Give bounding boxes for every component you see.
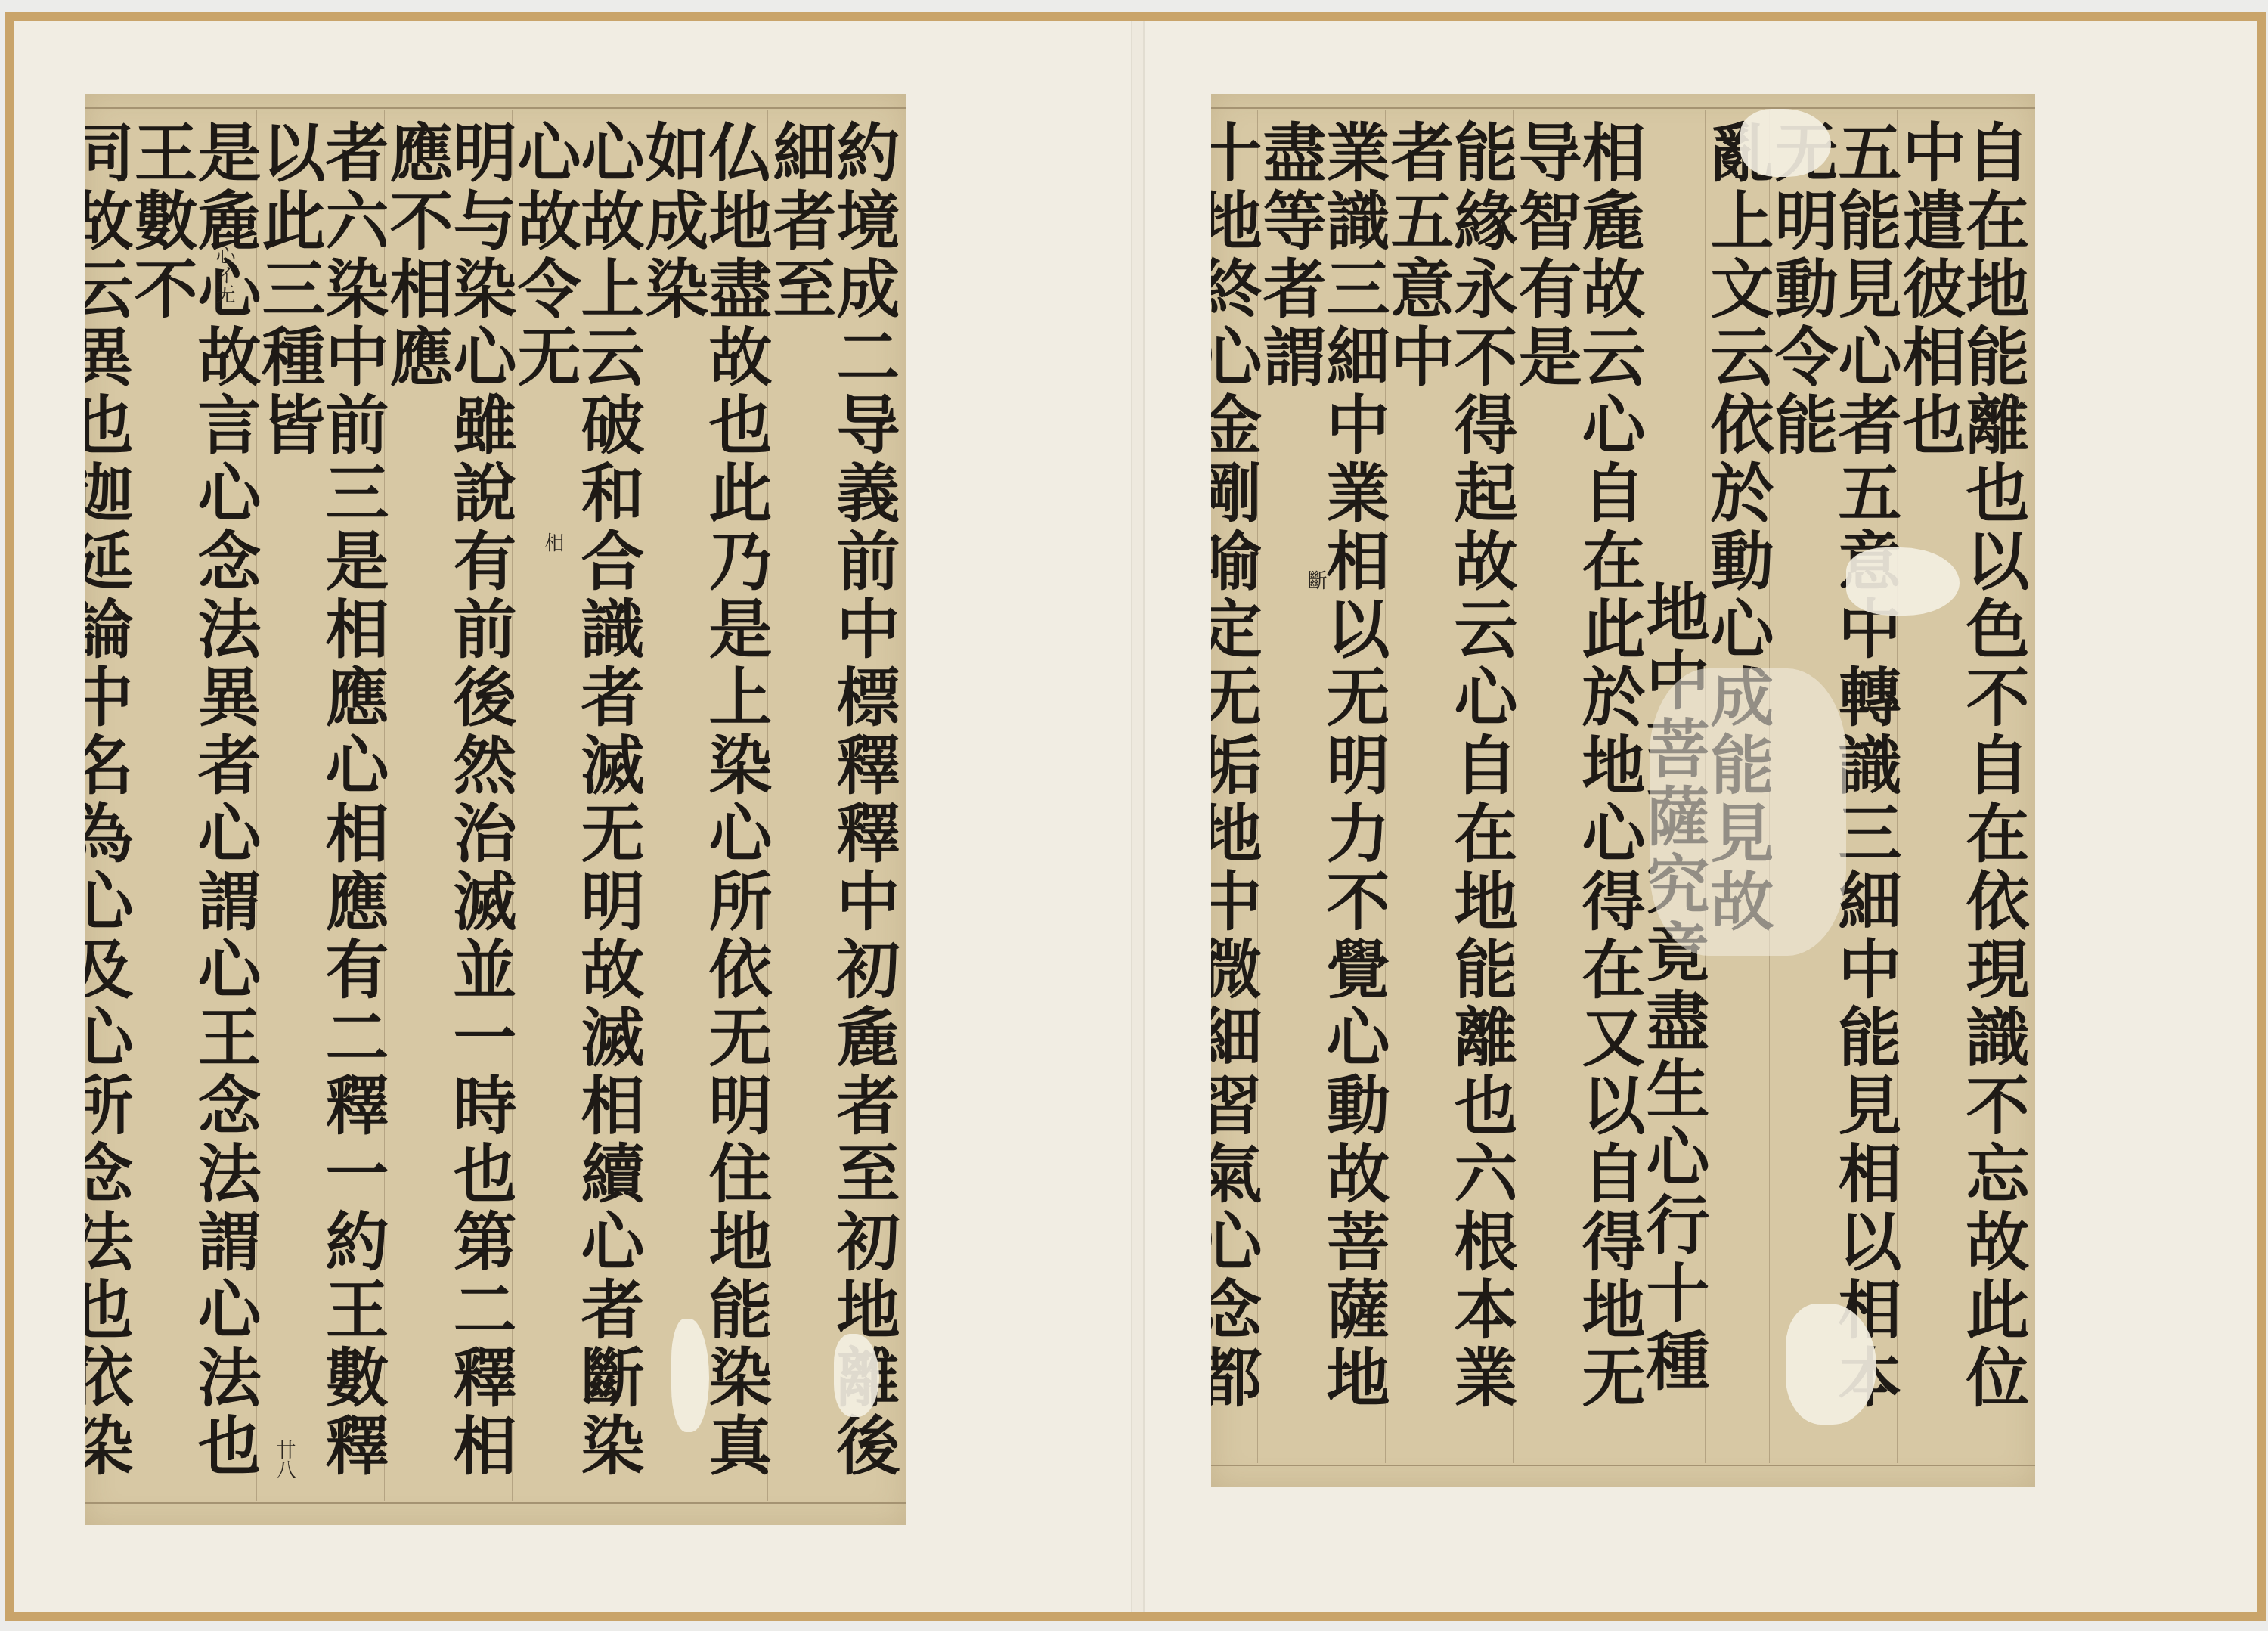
left-manuscript-page: 約境成二导義前中標釋釋中初麁者至初地離後細者至 仏地盡故也此乃是上染心所依无明住… <box>85 94 906 1525</box>
column-text: 仏地盡故也此乃是上染心所依无明住地能染真如成染 <box>640 119 767 1501</box>
column-text: 明与染心雖說有前後然治滅並一時也第二釋相應不相應 <box>385 119 512 1501</box>
text-column: 仏地盡故也此乃是上染心所依无明住地能染真如成染 <box>640 110 767 1501</box>
text-column: 相麁故云心自在此於地心得在又以自得地无导智有是 <box>1513 110 1641 1463</box>
column-text: 約境成二导義前中標釋釋中初麁者至初地離後細者至 <box>768 119 895 1501</box>
bottom-ruling <box>1211 1465 2035 1466</box>
text-column: 業識三細中業相以无明力不覺心動故菩薩地盡等者謂 <box>1257 110 1385 1463</box>
column-text: 十地終心金剛喻定无垢地中微細習氣心念都盡故上文云 <box>1211 119 1257 1463</box>
paper-damage <box>834 1334 879 1417</box>
bottom-ruling <box>85 1502 906 1504</box>
text-column: 心故上云破和合識者滅无明故滅相續心者斷染心故令无 <box>512 110 640 1501</box>
text-column: 明与染心雖說有前後然治滅並一時也第二釋相應不相應 <box>384 110 512 1501</box>
paper-damage <box>1650 668 1846 956</box>
right-manuscript-page: 自在地能離也以色不自在依現識不忘故此位中遣彼相也 五能見心者五意中轉識三細中能見… <box>1211 94 2035 1487</box>
center-fold <box>1131 21 1145 1612</box>
column-text: 相麁故云心自在此於地心得在又以自得地无导智有是 <box>1514 119 1641 1463</box>
column-text: 心故上云破和合識者滅无明故滅相續心者斷染心故令无 <box>513 119 640 1501</box>
paper-damage <box>1786 1304 1876 1425</box>
top-ruling <box>85 107 906 109</box>
text-column: 十地終心金剛喻定无垢地中微細習氣心念都盡故上文云 <box>1211 110 1257 1463</box>
column-text: 同故云異也迦延論中名為心及心所念法也依染淨差別者 <box>85 119 129 1501</box>
text-column: 自在地能離也以色不自在依現識不忘故此位中遣彼相也 <box>1897 110 2025 1463</box>
paper-damage <box>1846 547 1960 616</box>
paper-damage <box>671 1319 709 1432</box>
left-page-columns: 約境成二导義前中標釋釋中初麁者至初地離後細者至 仏地盡故也此乃是上染心所依无明住… <box>96 110 895 1501</box>
text-column: 同故云異也迦延論中名為心及心所念法也依染淨差別者 <box>85 110 129 1501</box>
column-text: 業識三細中業相以无明力不覺心動故菩薩地盡等者謂 <box>1258 119 1385 1463</box>
text-column: 約境成二导義前中標釋釋中初麁者至初地離後細者至 <box>767 110 895 1501</box>
marginal-gloss: 斷 <box>1306 570 1325 590</box>
right-page-columns: 自在地能離也以色不自在依現識不忘故此位中遣彼相也 五能見心者五意中轉識三細中能見… <box>1222 110 2025 1463</box>
marginal-gloss: 廿八 <box>274 1440 294 1479</box>
column-text: 者六染中前三是相應心相應有二釋一約王數釋以此三種皆 <box>257 119 384 1501</box>
text-column: 者六染中前三是相應心相應有二釋一約王數釋以此三種皆 <box>256 110 384 1501</box>
column-text: 自在地能離也以色不自在依現識不忘故此位中遣彼相也 <box>1898 119 2025 1463</box>
column-text: 能緣永不得起故云心自在地能離也六根本業者五意中 <box>1386 119 1513 1463</box>
marginal-gloss: 心イ无 <box>214 245 234 304</box>
marginal-gloss: 相 <box>543 532 562 552</box>
top-ruling <box>1211 107 2035 109</box>
marginal-gloss: ル <box>2005 392 2025 412</box>
paper-damage <box>1740 109 1831 177</box>
text-column: 是麁心故言心念法異者心謂心王念法謂心法也王數不 <box>129 110 256 1501</box>
text-column: 能緣永不得起故云心自在地能離也六根本業者五意中 <box>1385 110 1513 1463</box>
column-text: 是麁心故言心念法異者心謂心王念法謂心法也王數不 <box>129 119 256 1501</box>
